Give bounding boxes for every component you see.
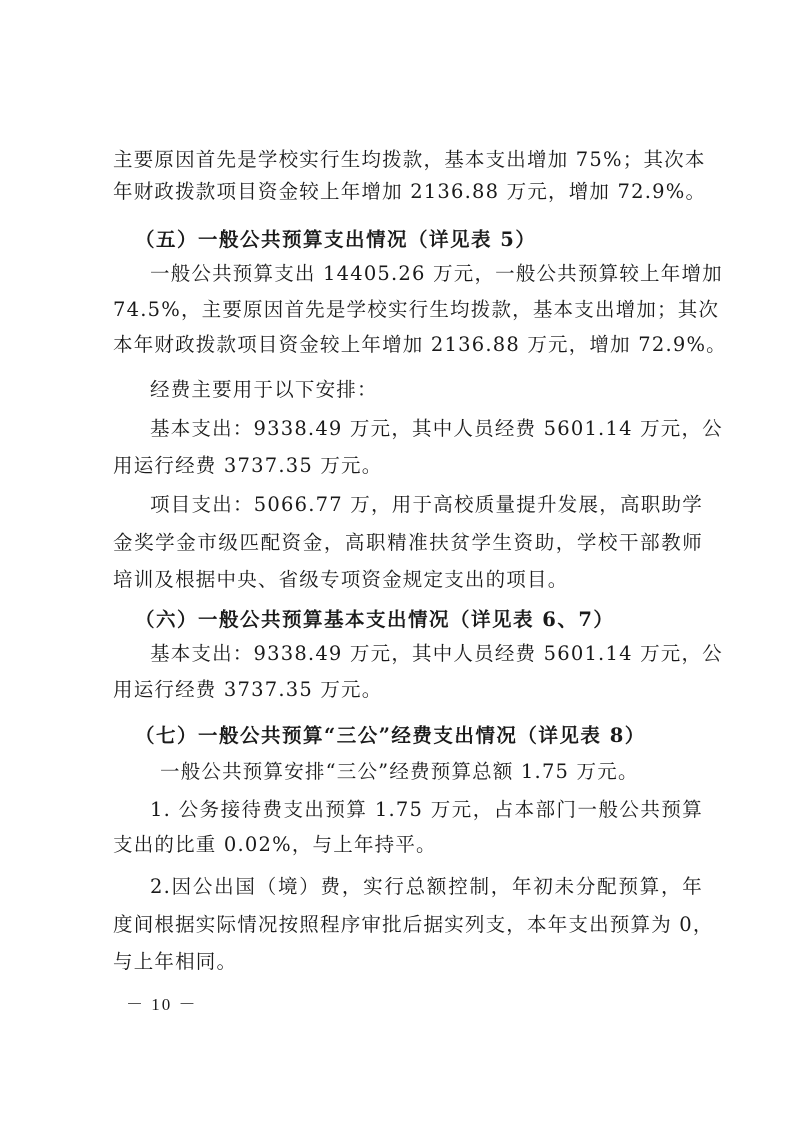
paragraph-line: 经费主要用于以下安排： — [150, 378, 703, 402]
paragraph-line: 度间根据实际情况按照程序审批后据实列支，本年支出预算为 0， — [113, 913, 703, 937]
paragraph-line: 主要原因首先是学校实行生均拨款，基本支出增加 75%；其次本 — [113, 148, 703, 172]
paragraph-line: 1. 公务接待费支出预算 1.75 万元，占本部门一般公共预算 — [150, 798, 703, 822]
paragraph-line: 用运行经费 3737.35 万元。 — [113, 454, 703, 478]
paragraph-line: 2.因公出国（境）费，实行总额控制，年初未分配预算，年 — [150, 875, 703, 899]
paragraph-line: 一般公共预算安排“三公”经费预算总额 1.75 万元。 — [160, 760, 750, 784]
paragraph-line: 本年财政拨款项目资金较上年增加 2136.88 万元，增加 72.9%。 — [113, 333, 703, 357]
page-number: － 10 － — [126, 990, 198, 1015]
section-heading: （五）一般公共预算支出情况（详见表 5） — [135, 228, 725, 252]
paragraph-line: 金奖学金市级匹配资金，高职精准扶贫学生资助，学校干部教师 — [113, 531, 703, 555]
paragraph-line: 基本支出：9338.49 万元，其中人员经费 5601.14 万元，公 — [150, 417, 703, 441]
paragraph-line: 基本支出：9338.49 万元，其中人员经费 5601.14 万元，公 — [150, 642, 703, 666]
paragraph-line: 年财政拨款项目资金较上年增加 2136.88 万元，增加 72.9%。 — [113, 180, 703, 204]
paragraph-line: 一般公共预算支出 14405.26 万元，一般公共预算较上年增加 — [150, 262, 703, 286]
paragraph-line: 培训及根据中央、省级专项资金规定支出的项目。 — [113, 568, 703, 592]
paragraph-line: 用运行经费 3737.35 万元。 — [113, 678, 703, 702]
paragraph-line: 与上年相同。 — [113, 950, 703, 974]
paragraph-line: 74.5%，主要原因首先是学校实行生均拨款，基本支出增加；其次 — [113, 298, 703, 322]
paragraph-line: 项目支出：5066.77 万，用于高校质量提升发展，高职助学 — [150, 493, 703, 517]
section-heading: （六）一般公共预算基本支出情况（详见表 6、7） — [135, 608, 725, 632]
section-heading: （七）一般公共预算“三公”经费支出情况（详见表 8） — [135, 724, 725, 748]
paragraph-line: 支出的比重 0.02%，与上年持平。 — [113, 833, 703, 857]
